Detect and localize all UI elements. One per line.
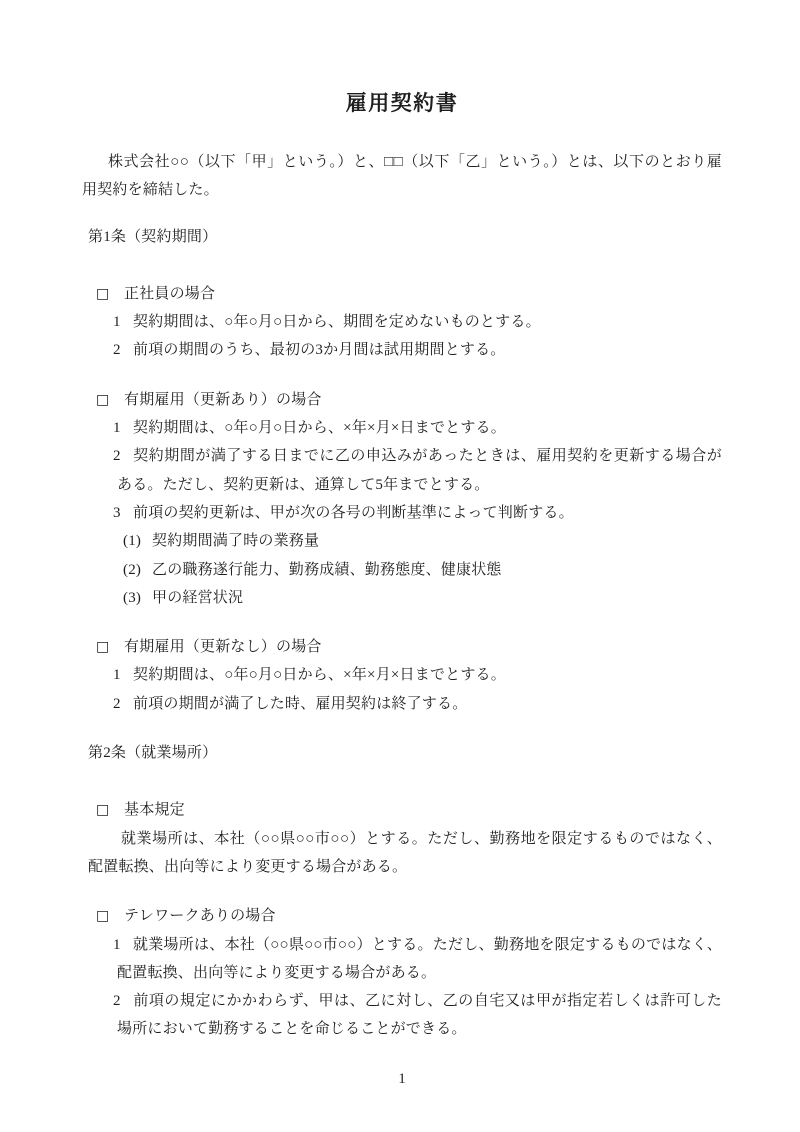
option-label: 基本規定	[124, 802, 185, 818]
option-heading: □テレワークありの場合	[82, 902, 722, 930]
clause-item: 2前項の規定にかかわらず、甲は、乙に対し、乙の自宅又は甲が指定若しくは許可した場…	[82, 987, 722, 1044]
document-title: 雇用契約書	[82, 88, 722, 118]
clause-item: 2前項の期間のうち、最初の3か月間は試用期間とする。	[82, 336, 722, 364]
clause-text: 前項の契約更新は、甲が次の各号の判断基準によって判断する。	[133, 505, 574, 521]
clause-text: 契約期間は、○年○月○日から、×年×月×日までとする。	[133, 667, 506, 683]
clause-number: 2	[113, 690, 133, 718]
clause-text: 前項の期間のうち、最初の3か月間は試用期間とする。	[133, 342, 506, 358]
option-fixed-term-renewable: □有期雇用（更新あり）の場合 1契約期間は、○年○月○日から、×年×月×日までと…	[82, 386, 722, 612]
clause-number: 3	[113, 499, 133, 527]
sub-clause-text: 甲の経営状況	[152, 590, 243, 606]
clause-number: 2	[113, 336, 133, 364]
option-telework: □テレワークありの場合 1就業場所は、本社（○○県○○市○○）とする。ただし、勤…	[82, 902, 722, 1043]
sub-clause-item: (3)甲の経営状況	[82, 584, 722, 612]
contract-page: 雇用契約書 株式会社○○（以下「甲」という。）と、□□（以下「乙」という。）とは…	[0, 0, 800, 1132]
clause-paragraph: 就業場所は、本社（○○県○○市○○）とする。ただし、勤務地を限定するものではなく…	[88, 825, 722, 882]
checkbox-icon: □	[96, 796, 124, 824]
checkbox-icon: □	[96, 386, 124, 414]
option-basic-rule: □基本規定 就業場所は、本社（○○県○○市○○）とする。ただし、勤務地を限定する…	[82, 796, 722, 881]
clause-text: 前項の期間が満了した時、雇用契約は終了する。	[133, 696, 467, 712]
clause-item: 3前項の契約更新は、甲が次の各号の判断基準によって判断する。	[82, 499, 722, 527]
option-fixed-term-non-renewable: □有期雇用（更新なし）の場合 1契約期間は、○年○月○日から、×年×月×日までと…	[82, 633, 722, 718]
article-1-heading: 第1条（契約期間）	[88, 223, 722, 251]
clause-item: 1契約期間は、○年○月○日から、×年×月×日までとする。	[82, 414, 722, 442]
article-2-heading: 第2条（就業場所）	[88, 739, 722, 767]
option-heading: □有期雇用（更新あり）の場合	[82, 386, 722, 414]
sub-clause-item: (2)乙の職務遂行能力、勤務成績、勤務態度、健康状態	[82, 556, 722, 584]
clause-item: 1契約期間は、○年○月○日から、×年×月×日までとする。	[82, 661, 722, 689]
option-heading: □有期雇用（更新なし）の場合	[82, 633, 722, 661]
clause-number: 1	[113, 661, 133, 689]
checkbox-icon: □	[96, 902, 124, 930]
sub-clause-number: (3)	[123, 584, 152, 612]
article-1: 第1条（契約期間） □正社員の場合 1契約期間は、○年○月○日から、期間を定めな…	[82, 223, 722, 718]
option-heading: □正社員の場合	[82, 280, 722, 308]
clause-number: 1	[113, 931, 133, 959]
checkbox-icon: □	[96, 633, 124, 661]
clause-text: 契約期間が満了する日までに乙の申込みがあったときは、雇用契約を更新する場合がある…	[117, 448, 722, 492]
checkbox-icon: □	[96, 280, 124, 308]
page-number: 1	[82, 1065, 722, 1093]
sub-clause-item: (1)契約期間満了時の業務量	[82, 527, 722, 555]
clause-number: 2	[113, 442, 133, 470]
sub-clause-number: (2)	[123, 556, 152, 584]
option-label: 正社員の場合	[124, 286, 215, 302]
option-label: 有期雇用（更新あり）の場合	[124, 392, 322, 408]
clause-item: 1就業場所は、本社（○○県○○市○○）とする。ただし、勤務地を限定するものではな…	[82, 931, 722, 988]
clause-text: 契約期間は、○年○月○日から、×年×月×日までとする。	[133, 420, 506, 436]
opening-paragraph: 株式会社○○（以下「甲」という。）と、□□（以下「乙」という。）とは、以下のとお…	[82, 148, 722, 205]
sub-clause-number: (1)	[123, 527, 152, 555]
clause-item: 1契約期間は、○年○月○日から、期間を定めないものとする。	[82, 308, 722, 336]
clause-item: 2前項の期間が満了した時、雇用契約は終了する。	[82, 690, 722, 718]
option-heading: □基本規定	[82, 796, 722, 824]
option-label: 有期雇用（更新なし）の場合	[124, 639, 322, 655]
sub-clause-text: 契約期間満了時の業務量	[152, 533, 319, 549]
option-regular-employee: □正社員の場合 1契約期間は、○年○月○日から、期間を定めないものとする。 2前…	[82, 280, 722, 365]
clause-number: 2	[113, 987, 133, 1015]
sub-clause-text: 乙の職務遂行能力、勤務成績、勤務態度、健康状態	[152, 562, 502, 578]
clause-text: 就業場所は、本社（○○県○○市○○）とする。ただし、勤務地を限定するものではなく…	[117, 937, 722, 981]
article-2: 第2条（就業場所） □基本規定 就業場所は、本社（○○県○○市○○）とする。ただ…	[82, 739, 722, 1044]
clause-number: 1	[113, 414, 133, 442]
clause-item: 2契約期間が満了する日までに乙の申込みがあったときは、雇用契約を更新する場合があ…	[82, 442, 722, 499]
option-label: テレワークありの場合	[124, 908, 276, 924]
clause-number: 1	[113, 308, 133, 336]
clause-text: 契約期間は、○年○月○日から、期間を定めないものとする。	[133, 314, 541, 330]
clause-text: 前項の規定にかかわらず、甲は、乙に対し、乙の自宅又は甲が指定若しくは許可した場所…	[117, 993, 722, 1037]
